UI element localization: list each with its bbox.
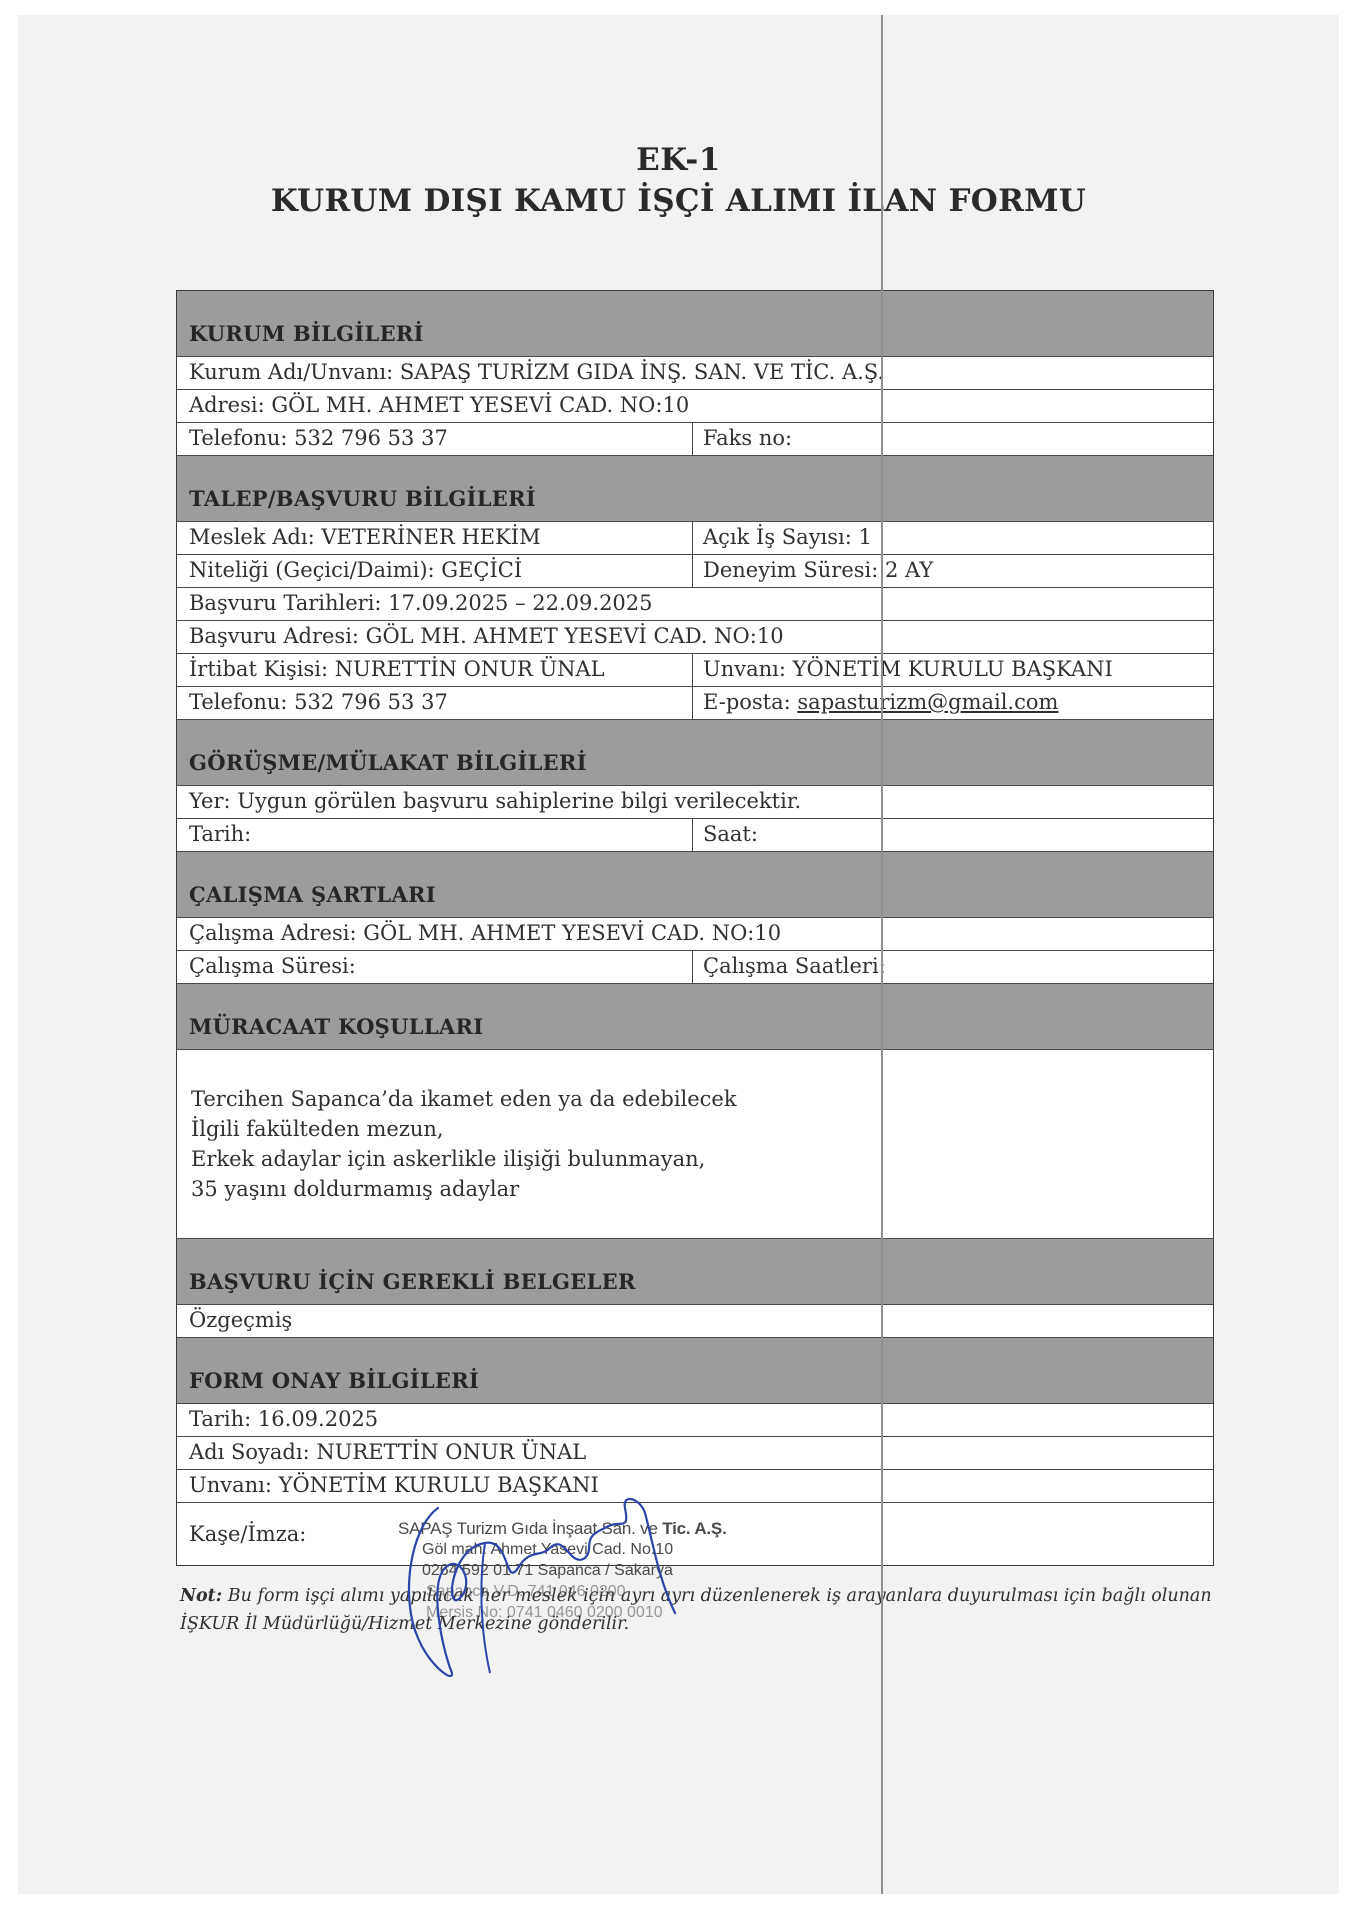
required-documents: Özgeçmiş bbox=[177, 1305, 1213, 1337]
interview-date: Tarih: bbox=[177, 819, 693, 851]
section-institution-info: KURUM BİLGİLERİ bbox=[177, 291, 1213, 357]
section-application-requirements: MÜRACAAT KOŞULLARI bbox=[177, 984, 1213, 1050]
interview-time: Saat: bbox=[693, 819, 1213, 851]
approver-title: Unvanı: YÖNETİM KURULU BAŞKANI bbox=[177, 1470, 1213, 1502]
section-form-approval: FORM ONAY BİLGİLERİ bbox=[177, 1338, 1213, 1404]
email-label: E-posta: bbox=[703, 690, 797, 714]
institution-fax: Faks no: bbox=[693, 423, 1213, 455]
document-title: KURUM DIŞI KAMU İŞÇİ ALIMI İLAN FORMU bbox=[0, 180, 1357, 222]
open-positions: Açık İş Sayısı: 1 bbox=[693, 522, 1213, 554]
occupation-name: Meslek Adı: VETERİNER HEKİM bbox=[177, 522, 693, 554]
application-address: Başvuru Adresi: GÖL MH. AHMET YESEVİ CAD… bbox=[177, 621, 1213, 653]
contact-email-cell: E-posta: sapasturizm@gmail.com bbox=[693, 687, 1213, 719]
contact-person: İrtibat Kişisi: NURETTİN ONUR ÜNAL bbox=[177, 654, 693, 686]
institution-name: Kurum Adı/Unvanı: SAPAŞ TURİZM GIDA İNŞ.… bbox=[177, 357, 1213, 389]
interview-place: Yer: Uygun görülen başvuru sahiplerine b… bbox=[177, 786, 1213, 818]
annex-label: EK-1 bbox=[0, 140, 1357, 180]
contact-email-link[interactable]: sapasturizm@gmail.com bbox=[797, 690, 1058, 714]
stamp-phone-city: 0264 592 01 71 Sapanca / Sakarya bbox=[398, 1560, 758, 1581]
stamp-tax-office: Sapanca V.D. 741 046 0200 bbox=[398, 1581, 758, 1602]
document-header: EK-1 KURUM DIŞI KAMU İŞÇİ ALIMI İLAN FOR… bbox=[0, 140, 1357, 222]
work-hours: Çalışma Saatleri: bbox=[693, 951, 1213, 983]
job-nature: Niteliği (Geçici/Daimi): GEÇİCİ bbox=[177, 555, 693, 587]
section-application-info: TALEP/BAŞVURU BİLGİLERİ bbox=[177, 456, 1213, 522]
section-working-conditions: ÇALIŞMA ŞARTLARI bbox=[177, 852, 1213, 918]
section-interview-info: GÖRÜŞME/MÜLAKAT BİLGİLERİ bbox=[177, 720, 1213, 786]
work-duration: Çalışma Süresi: bbox=[177, 951, 693, 983]
note-label: Not: bbox=[180, 1586, 222, 1606]
stamp-company-name: SAPAŞ Turizm Gıda İnşaat San. ve bbox=[398, 1519, 662, 1538]
contact-phone: Telefonu: 532 796 53 37 bbox=[177, 687, 693, 719]
stamp-address: Göl mah. Ahmet Yasevi Cad. No:10 bbox=[398, 1539, 758, 1560]
institution-address: Adresi: GÖL MH. AHMET YESEVİ CAD. NO:10 bbox=[177, 390, 1213, 422]
requirement-item: Erkek adaylar için askerlikle ilişiği bu… bbox=[191, 1144, 737, 1174]
institution-phone: Telefonu: 532 796 53 37 bbox=[177, 423, 693, 455]
requirement-item: 35 yaşını doldurmamış adaylar bbox=[191, 1174, 737, 1204]
approver-name: Adı Soyadı: NURETTİN ONUR ÜNAL bbox=[177, 1437, 1213, 1469]
experience-duration: Deneyim Süresi: 2 AY bbox=[693, 555, 1213, 587]
company-stamp: SAPAŞ Turizm Gıda İnşaat San. ve Tic. A.… bbox=[398, 1518, 758, 1623]
section-required-documents: BAŞVURU İÇİN GEREKLİ BELGELER bbox=[177, 1239, 1213, 1305]
contact-title: Unvanı: YÖNETİM KURULU BAŞKANI bbox=[693, 654, 1213, 686]
stamp-company-suffix: Tic. A.Ş. bbox=[662, 1519, 726, 1538]
stamp-signature-label: Kaşe/İmza: bbox=[177, 1522, 389, 1546]
announcement-form-table: KURUM BİLGİLERİ Kurum Adı/Unvanı: SAPAŞ … bbox=[176, 290, 1214, 1566]
work-address: Çalışma Adresi: GÖL MH. AHMET YESEVİ CAD… bbox=[177, 918, 1213, 950]
application-dates: Başvuru Tarihleri: 17.09.2025 – 22.09.20… bbox=[177, 588, 1213, 620]
requirements-list: Tercihen Sapanca’da ikamet eden ya da ed… bbox=[177, 1050, 737, 1238]
scanner-artifact-line bbox=[881, 15, 883, 1894]
stamp-mersis: Mersis No: 0741 0460 0200 0010 bbox=[398, 1602, 758, 1623]
approval-date: Tarih: 16.09.2025 bbox=[177, 1404, 1213, 1436]
requirement-item: Tercihen Sapanca’da ikamet eden ya da ed… bbox=[191, 1084, 737, 1114]
requirement-item: İlgili fakülteden mezun, bbox=[191, 1114, 737, 1144]
